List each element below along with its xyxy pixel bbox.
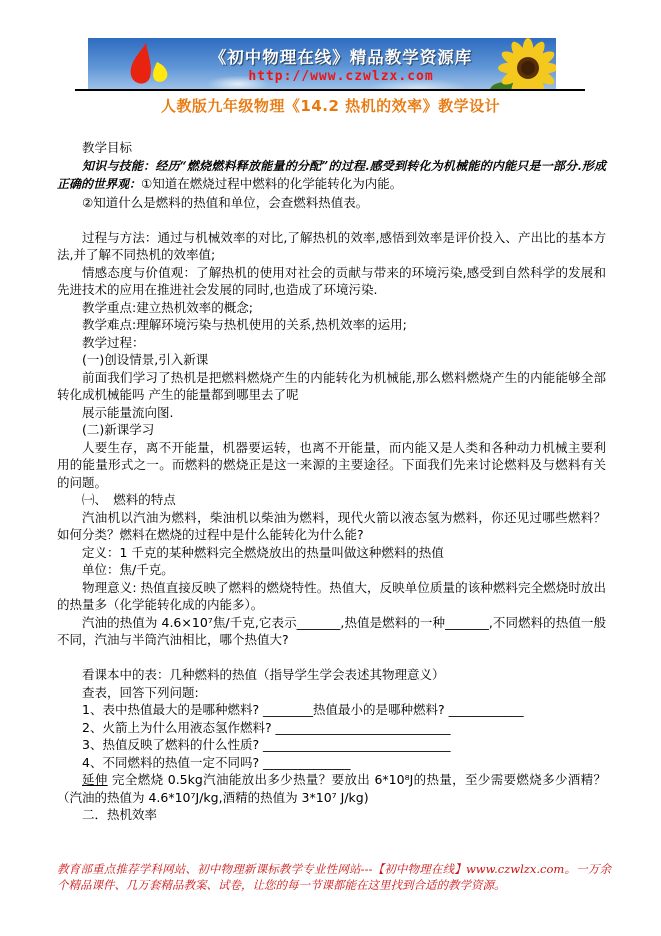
- footer-note: 教育部重点推荐学科网站、初中物理新课标教学专业性网站---【初中物理在线】www…: [57, 861, 611, 893]
- paragraph: 过程与方法：通过与机械效率的对比,了解热机的效率,感悟到效率是评价投入、产出比的…: [57, 229, 606, 264]
- paragraph: 二．热机效率: [57, 806, 606, 824]
- paragraph: 汽油机以汽油为燃料，柴油机以柴油为燃料，现代火箭以液态氢为燃料，你还见过哪些燃料…: [57, 509, 606, 544]
- text-segment: 教学重点:建立热机效率的概念;: [82, 300, 253, 315]
- text-segment: 定义：1 千克的某种燃料完全燃烧放出的热量叫做这种燃料的热值: [82, 545, 444, 560]
- paragraph: 人要生存，离不开能量，机器要运转，也离不开能量，而内能又是人类和各种动力机械主要…: [57, 439, 606, 492]
- paragraph: 3、热值反映了燃料的什么性质? ________________________…: [57, 736, 606, 754]
- paragraph: 2、火箭上为什么用液态氢作燃料? _______________________…: [57, 719, 606, 737]
- text-segment: 教学过程：: [82, 335, 145, 350]
- text-segment: 单位：焦/千克。: [82, 562, 174, 577]
- paragraph: (一)创设情景,引入新课: [57, 351, 606, 369]
- paragraph: 展示能量流向图.: [57, 404, 606, 422]
- paragraph: 定义：1 千克的某种燃料完全燃烧放出的热量叫做这种燃料的热值: [57, 544, 606, 562]
- text-segment: 1、表中热值最大的是哪种燃料? ________热值最小的是哪种燃料? ____…: [82, 702, 524, 717]
- paragraph: 知识与技能：经历“燃烧燃料释放能量的分配”的过程.感受到转化为机械能的内能只是一…: [57, 157, 606, 194]
- text-segment: 4、不同燃料的热值一定不同吗? ______________: [82, 755, 351, 770]
- paragraph: 延伸 完全燃烧 0.5kg汽油能放出多少热量？要放出 6*10⁸J的热量，至少需…: [57, 771, 606, 806]
- text-segment: 2、火箭上为什么用液态氢作燃料? _______________________…: [82, 720, 451, 735]
- paragraph: [57, 211, 606, 229]
- text-segment: ①知道在燃烧过程中燃料的化学能转化为内能。: [141, 176, 402, 191]
- text-segment: (一)创设情景,引入新课: [82, 352, 208, 367]
- paragraph: ㈠、 燃料的特点: [57, 491, 606, 509]
- text-segment: 过程与方法：通过与机械效率的对比,了解热机的效率,感悟到效率是评价投入、产出比的…: [57, 230, 606, 263]
- banner-url: http://www.czwlzx.com: [180, 69, 502, 84]
- paragraph: 单位：焦/千克。: [57, 561, 606, 579]
- paragraph: [57, 649, 606, 667]
- document-page: 《初中物理在线》精品教学资源库 http://www.czwlzx.com: [0, 0, 661, 936]
- paragraph: 看课本中的表：几种燃料的热值（指导学生学会表述其物理意义）: [57, 666, 606, 684]
- paragraph: 情感态度与价值观：了解热机的使用对社会的贡献与带来的环境污染,感受到自然科学的发…: [57, 264, 606, 299]
- text-segment: 情感态度与价值观：了解热机的使用对社会的贡献与带来的环境污染,感受到自然科学的发…: [57, 265, 606, 298]
- text-segment: ㈠、 燃料的特点: [82, 492, 176, 507]
- text-segment: 物理意义: 热值直接反映了燃料的燃烧特性。热值大，反映单位质量的该种燃料完全燃烧…: [57, 580, 606, 613]
- banner-text-block: 《初中物理在线》精品教学资源库 http://www.czwlzx.com: [180, 44, 502, 84]
- text-segment: 查表，回答下列问题:: [82, 685, 199, 700]
- document-title: 人教版九年级物理《14.2 热机的效率》教学设计: [0, 95, 661, 116]
- paragraph: 1、表中热值最大的是哪种燃料? ________热值最小的是哪种燃料? ____…: [57, 701, 606, 719]
- text-segment: 3、热值反映了燃料的什么性质? ________________________…: [82, 737, 451, 752]
- banner-title: 《初中物理在线》精品教学资源库: [180, 44, 502, 68]
- header-banner: 《初中物理在线》精品教学资源库 http://www.czwlzx.com: [88, 38, 556, 90]
- text-segment: (二)新课学习: [82, 422, 154, 437]
- paragraph: 教学目标: [57, 139, 606, 157]
- paragraph: 汽油的热值为 4.6×10⁷焦/千克,它表示_______,热值是燃料的一种__…: [57, 614, 606, 649]
- sunflower-icon: [488, 38, 556, 90]
- paragraph: 教学过程：: [57, 334, 606, 352]
- text-segment: 延伸: [82, 772, 108, 787]
- paragraph: 4、不同燃料的热值一定不同吗? ______________: [57, 754, 606, 772]
- paragraph: 教学重点:建立热机效率的概念;: [57, 299, 606, 317]
- banner-divider: [75, 89, 585, 91]
- paragraph: 前面我们学习了热机是把燃料燃烧产生的内能转化为机械能,那么燃料燃烧产生的内能能够…: [57, 369, 606, 404]
- text-segment: 二．热机效率: [82, 807, 157, 822]
- text-segment: 看课本中的表：几种燃料的热值（指导学生学会表述其物理意义）: [82, 667, 445, 682]
- text-segment: 教学难点:理解环境污染与热机使用的关系,热机效率的运用;: [82, 317, 407, 332]
- text-segment: 前面我们学习了热机是把燃料燃烧产生的内能转化为机械能,那么燃料燃烧产生的内能能够…: [57, 370, 606, 403]
- text-segment: 教学目标: [82, 140, 132, 155]
- text-segment: ②知道什么是燃料的热值和单位，会查燃料热值表。: [82, 195, 368, 210]
- text-segment: 人要生存，离不开能量，机器要运转，也离不开能量，而内能又是人类和各种动力机械主要…: [57, 440, 606, 490]
- flame-logo-icon: [124, 41, 176, 90]
- paragraph: 物理意义: 热值直接反映了燃料的燃烧特性。热值大，反映单位质量的该种燃料完全燃烧…: [57, 579, 606, 614]
- paragraph: ②知道什么是燃料的热值和单位，会查燃料热值表。: [57, 194, 606, 212]
- text-segment: 汽油的热值为 4.6×10⁷焦/千克,它表示_______,热值是燃料的一种__…: [57, 615, 606, 648]
- paragraph: 查表，回答下列问题:: [57, 684, 606, 702]
- paragraph: 教学难点:理解环境污染与热机使用的关系,热机效率的运用;: [57, 316, 606, 334]
- document-body: 教学目标知识与技能：经历“燃烧燃料释放能量的分配”的过程.感受到转化为机械能的内…: [57, 139, 606, 824]
- paragraph: (二)新课学习: [57, 421, 606, 439]
- text-segment: 完全燃烧 0.5kg汽油能放出多少热量？要放出 6*10⁸J的热量，至少需要燃烧…: [57, 772, 606, 805]
- text-segment: 展示能量流向图.: [82, 405, 173, 420]
- text-segment: 汽油机以汽油为燃料，柴油机以柴油为燃料，现代火箭以液态氢为燃料，你还见过哪些燃料…: [57, 510, 606, 543]
